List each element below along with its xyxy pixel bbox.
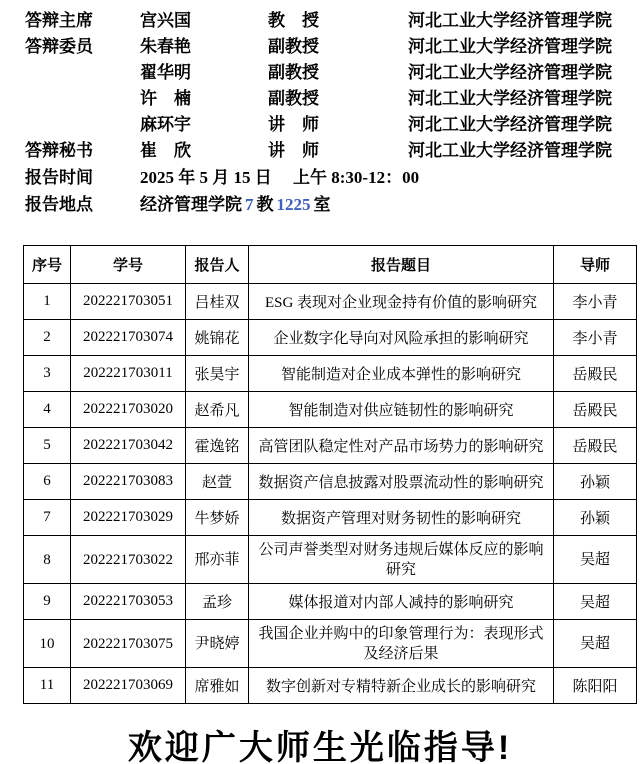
person-title: 讲 师 bbox=[268, 112, 408, 138]
role-label: 答辩委员 bbox=[25, 34, 140, 60]
cell-report-title: 数据资产信息披露对股票流动性的影响研究 bbox=[249, 464, 554, 500]
cell-report-title: 智能制造对企业成本弹性的影响研究 bbox=[249, 356, 554, 392]
cell-seq: 2 bbox=[24, 320, 71, 356]
cell-advisor: 孙颖 bbox=[554, 500, 637, 536]
report-place-row: 报告地点 经济管理学院7教1225室 bbox=[25, 191, 640, 218]
person-name: 翟华明 bbox=[140, 60, 268, 86]
affiliation: 河北工业大学经济管理学院 bbox=[408, 86, 640, 112]
cell-report-title: 高管团队稳定性对产品市场势力的影响研究 bbox=[249, 428, 554, 464]
cell-report-title: 公司声誉类型对财务违规后媒体反应的影响研究 bbox=[249, 536, 554, 584]
cell-advisor: 陈阳阳 bbox=[554, 668, 637, 704]
table-row: 1 202221703051 吕桂双 ESG 表现对企业现金持有价值的影响研究 … bbox=[24, 284, 637, 320]
cell-advisor: 吴超 bbox=[554, 620, 637, 668]
cell-presenter: 赵萱 bbox=[186, 464, 249, 500]
cell-student-id: 202221703029 bbox=[71, 500, 186, 536]
table-row: 4 202221703020 赵希凡 智能制造对供应链韧性的影响研究 岳殿民 bbox=[24, 392, 637, 428]
report-time-row: 报告时间 2025 年 5 月 15 日 上午 8:30-12：00 bbox=[25, 164, 640, 191]
committee-row: 答辩委员 朱春艳 副教授 河北工业大学经济管理学院 bbox=[25, 34, 640, 60]
cell-student-id: 202221703069 bbox=[71, 668, 186, 704]
cell-presenter: 张昊宇 bbox=[186, 356, 249, 392]
cell-student-id: 202221703020 bbox=[71, 392, 186, 428]
person-title: 副教授 bbox=[268, 60, 408, 86]
place-mid: 教 bbox=[257, 195, 274, 214]
person-name: 许 楠 bbox=[140, 86, 268, 112]
defense-info-section: 答辩主席 宫兴国 教 授 河北工业大学经济管理学院 答辩委员 朱春艳 副教授 河… bbox=[0, 0, 640, 218]
cell-advisor: 吴超 bbox=[554, 584, 637, 620]
table-row: 11 202221703069 席雅如 数字创新对专精特新企业成长的影响研究 陈… bbox=[24, 668, 637, 704]
cell-report-title: 数据资产管理对财务韧性的影响研究 bbox=[249, 500, 554, 536]
cell-presenter: 邢亦菲 bbox=[186, 536, 249, 584]
committee-row: 许 楠 副教授 河北工业大学经济管理学院 bbox=[25, 86, 640, 112]
cell-student-id: 202221703083 bbox=[71, 464, 186, 500]
cell-advisor: 李小青 bbox=[554, 320, 637, 356]
person-name: 宫兴国 bbox=[140, 8, 268, 34]
defense-schedule-table: 序号 学号 报告人 报告题目 导师 1 202221703051 吕桂双 ESG… bbox=[23, 245, 637, 704]
cell-report-title: 智能制造对供应链韧性的影响研究 bbox=[249, 392, 554, 428]
cell-student-id: 202221703042 bbox=[71, 428, 186, 464]
table-row: 8 202221703022 邢亦菲 公司声誉类型对财务违规后媒体反应的影响研究… bbox=[24, 536, 637, 584]
committee-row: 答辩秘书 崔 欣 讲 师 河北工业大学经济管理学院 bbox=[25, 138, 640, 164]
role-label bbox=[25, 60, 140, 86]
cell-advisor: 岳殿民 bbox=[554, 392, 637, 428]
person-title: 教 授 bbox=[268, 8, 408, 34]
header-student-id: 学号 bbox=[71, 246, 186, 284]
report-place-label: 报告地点 bbox=[25, 191, 140, 218]
cell-student-id: 202221703011 bbox=[71, 356, 186, 392]
room-number: 1225 bbox=[277, 195, 311, 214]
cell-presenter: 姚锦花 bbox=[186, 320, 249, 356]
role-label bbox=[25, 86, 140, 112]
welcome-banner: 欢迎广大师生光临指导! bbox=[0, 720, 640, 764]
person-title: 副教授 bbox=[268, 86, 408, 112]
person-name: 崔 欣 bbox=[140, 138, 268, 164]
cell-student-id: 202221703075 bbox=[71, 620, 186, 668]
affiliation: 河北工业大学经济管理学院 bbox=[408, 138, 640, 164]
cell-advisor: 岳殿民 bbox=[554, 428, 637, 464]
table-row: 7 202221703029 牛梦娇 数据资产管理对财务韧性的影响研究 孙颖 bbox=[24, 500, 637, 536]
header-report-title: 报告题目 bbox=[249, 246, 554, 284]
affiliation: 河北工业大学经济管理学院 bbox=[408, 112, 640, 138]
table-row: 6 202221703083 赵萱 数据资产信息披露对股票流动性的影响研究 孙颖 bbox=[24, 464, 637, 500]
report-place-value: 经济管理学院7教1225室 bbox=[140, 191, 640, 218]
cell-seq: 1 bbox=[24, 284, 71, 320]
cell-advisor: 李小青 bbox=[554, 284, 637, 320]
role-label: 答辩秘书 bbox=[25, 138, 140, 164]
person-name: 麻环宇 bbox=[140, 112, 268, 138]
table-row: 3 202221703011 张昊宇 智能制造对企业成本弹性的影响研究 岳殿民 bbox=[24, 356, 637, 392]
cell-report-title: 数字创新对专精特新企业成长的影响研究 bbox=[249, 668, 554, 704]
cell-seq: 10 bbox=[24, 620, 71, 668]
cell-seq: 4 bbox=[24, 392, 71, 428]
role-label bbox=[25, 112, 140, 138]
person-name: 朱春艳 bbox=[140, 34, 268, 60]
role-label: 答辩主席 bbox=[25, 8, 140, 34]
cell-presenter: 孟珍 bbox=[186, 584, 249, 620]
table-row: 2 202221703074 姚锦花 企业数字化导向对风险承担的影响研究 李小青 bbox=[24, 320, 637, 356]
table-row: 10 202221703075 尹晓婷 我国企业并购中的印象管理行为：表现形式及… bbox=[24, 620, 637, 668]
cell-student-id: 202221703053 bbox=[71, 584, 186, 620]
cell-presenter: 尹晓婷 bbox=[186, 620, 249, 668]
report-time-value: 2025 年 5 月 15 日 上午 8:30-12：00 bbox=[140, 164, 640, 191]
header-presenter: 报告人 bbox=[186, 246, 249, 284]
affiliation: 河北工业大学经济管理学院 bbox=[408, 8, 640, 34]
header-advisor: 导师 bbox=[554, 246, 637, 284]
cell-seq: 3 bbox=[24, 356, 71, 392]
affiliation: 河北工业大学经济管理学院 bbox=[408, 34, 640, 60]
header-seq: 序号 bbox=[24, 246, 71, 284]
cell-report-title: ESG 表现对企业现金持有价值的影响研究 bbox=[249, 284, 554, 320]
cell-student-id: 202221703051 bbox=[71, 284, 186, 320]
committee-row: 答辩主席 宫兴国 教 授 河北工业大学经济管理学院 bbox=[25, 8, 640, 34]
cell-seq: 11 bbox=[24, 668, 71, 704]
table-row: 9 202221703053 孟珍 媒体报道对内部人减持的影响研究 吴超 bbox=[24, 584, 637, 620]
cell-report-title: 媒体报道对内部人减持的影响研究 bbox=[249, 584, 554, 620]
report-time-label: 报告时间 bbox=[25, 164, 140, 191]
cell-seq: 6 bbox=[24, 464, 71, 500]
cell-advisor: 岳殿民 bbox=[554, 356, 637, 392]
place-prefix: 经济管理学院 bbox=[140, 195, 242, 214]
affiliation: 河北工业大学经济管理学院 bbox=[408, 60, 640, 86]
cell-student-id: 202221703022 bbox=[71, 536, 186, 584]
cell-seq: 7 bbox=[24, 500, 71, 536]
place-suffix: 室 bbox=[314, 195, 331, 214]
table-header-row: 序号 学号 报告人 报告题目 导师 bbox=[24, 246, 637, 284]
cell-presenter: 吕桂双 bbox=[186, 284, 249, 320]
person-title: 副教授 bbox=[268, 34, 408, 60]
cell-report-title: 我国企业并购中的印象管理行为：表现形式及经济后果 bbox=[249, 620, 554, 668]
building-number: 7 bbox=[245, 195, 254, 214]
table-row: 5 202221703042 霍逸铭 高管团队稳定性对产品市场势力的影响研究 岳… bbox=[24, 428, 637, 464]
cell-report-title: 企业数字化导向对风险承担的影响研究 bbox=[249, 320, 554, 356]
cell-presenter: 霍逸铭 bbox=[186, 428, 249, 464]
person-title: 讲 师 bbox=[268, 138, 408, 164]
committee-row: 翟华明 副教授 河北工业大学经济管理学院 bbox=[25, 60, 640, 86]
cell-advisor: 吴超 bbox=[554, 536, 637, 584]
cell-presenter: 牛梦娇 bbox=[186, 500, 249, 536]
cell-advisor: 孙颖 bbox=[554, 464, 637, 500]
cell-presenter: 赵希凡 bbox=[186, 392, 249, 428]
cell-student-id: 202221703074 bbox=[71, 320, 186, 356]
cell-seq: 5 bbox=[24, 428, 71, 464]
cell-seq: 8 bbox=[24, 536, 71, 584]
committee-row: 麻环宇 讲 师 河北工业大学经济管理学院 bbox=[25, 112, 640, 138]
cell-seq: 9 bbox=[24, 584, 71, 620]
cell-presenter: 席雅如 bbox=[186, 668, 249, 704]
